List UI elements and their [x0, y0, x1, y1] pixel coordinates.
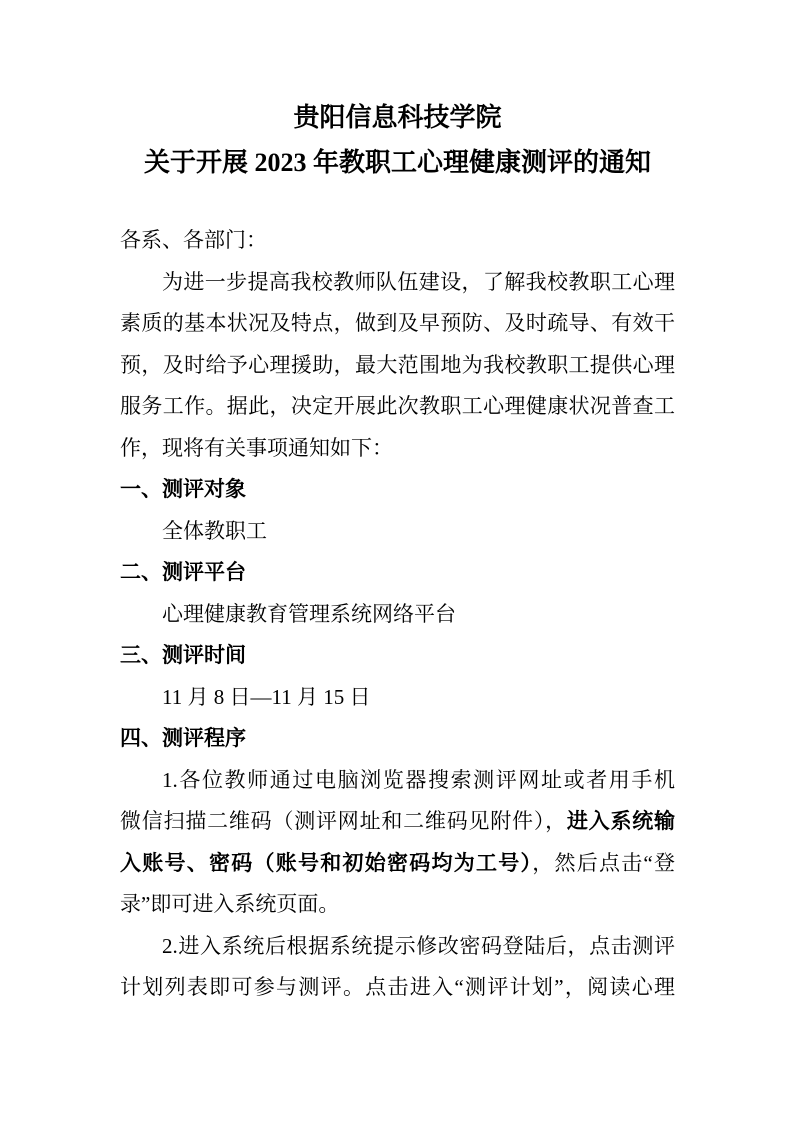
document-content: 贵阳信息科技学院 关于开展 2023 年教职工心理健康测评的通知 各系、各部门：…: [0, 0, 793, 1009]
procedure-item-2: 2.进入系统后根据系统提示修改密码登陆后，点击测评 计划列表即可参与测评。点击进…: [120, 926, 675, 1009]
title-line-2: 关于开展 2023 年教职工心理健康测评的通知: [120, 140, 675, 185]
procedure-item-1-line-3-bold-run: 入账号、密码（账号和初始密码均为工号）: [120, 852, 532, 875]
intro-line: 服务工作。据此，决定开展此次教职工心理健康状况普查工: [120, 386, 675, 428]
section-1-content: 全体教职工: [120, 511, 675, 553]
document-page: 贵阳信息科技学院 关于开展 2023 年教职工心理健康测评的通知 各系、各部门：…: [0, 0, 793, 1122]
procedure-item-2-line-2: 计划列表即可参与测评。点击进入“测评计划”，阅读心理: [120, 967, 675, 1009]
procedure-item-2-line-1: 2.进入系统后根据系统提示修改密码登陆后，点击测评: [120, 926, 675, 968]
intro-line: 预，及时给予心理援助，最大范围地为我校教职工提供心理: [120, 345, 675, 387]
title-line-1: 贵阳信息科技学院: [120, 95, 675, 140]
intro-line: 作，现将有关事项通知如下：: [120, 428, 675, 470]
procedure-item-1-line-3: 入账号、密码（账号和初始密码均为工号），然后点击“登: [120, 843, 675, 885]
procedure-item-1-line-2-bold-run: 进入系统输: [567, 810, 675, 833]
procedure-item-1-line-2-normal-run: 微信扫描二维码（测评网址和二维码见附件），: [120, 809, 567, 833]
procedure-item-1-line-3-normal-run: ，然后点击“登: [532, 851, 675, 875]
section-3-content: 11 月 8 日—11 月 15 日: [120, 677, 675, 719]
section-2-content: 心理健康教育管理系统网络平台: [120, 594, 675, 636]
procedure-item-1-line-2: 微信扫描二维码（测评网址和二维码见附件），进入系统输: [120, 801, 675, 843]
section-2-heading: 二、测评平台: [120, 552, 675, 594]
section-3-heading: 三、测评时间: [120, 635, 675, 677]
section-4-heading: 四、测评程序: [120, 718, 675, 760]
procedure-item-1-line-4: 录”即可进入系统页面。: [120, 884, 675, 926]
intro-line: 为进一步提高我校教师队伍建设，了解我校教职工心理: [120, 262, 675, 304]
intro-line: 素质的基本状况及特点，做到及早预防、及时疏导、有效干: [120, 303, 675, 345]
intro-paragraph: 为进一步提高我校教师队伍建设，了解我校教职工心理 素质的基本状况及特点，做到及早…: [120, 262, 675, 470]
procedure-item-1: 1.各位教师通过电脑浏览器搜索测评网址或者用手机 微信扫描二维码（测评网址和二维…: [120, 760, 675, 926]
section-1-heading: 一、测评对象: [120, 469, 675, 511]
procedure-item-1-line-1: 1.各位教师通过电脑浏览器搜索测评网址或者用手机: [120, 760, 675, 802]
salutation: 各系、各部门：: [120, 220, 675, 262]
document-title: 贵阳信息科技学院 关于开展 2023 年教职工心理健康测评的通知: [120, 95, 675, 185]
